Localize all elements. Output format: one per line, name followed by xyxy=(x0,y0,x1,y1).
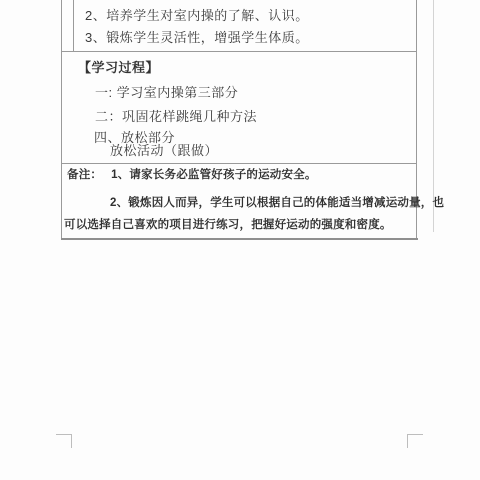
table-border-bottom xyxy=(61,238,418,240)
page-corner-mark-right-horizontal xyxy=(407,434,423,435)
goal-item-2: 2、培养学生对室内操的了解、认识。 xyxy=(85,9,309,24)
page-corner-mark-left-horizontal xyxy=(56,434,72,435)
process-item-4: 放松活动（跟做） xyxy=(110,144,218,159)
notes-line-2: 2、锻炼因人而异，学生可以根据自己的体能适当增减运动量，也 xyxy=(110,197,444,210)
table-cell-inner-left-border xyxy=(73,0,74,51)
notes-label-gap xyxy=(102,169,111,182)
notes-line-3: 可以选择自己喜欢的项目进行练习，把握好运动的强度和密度。 xyxy=(64,219,392,232)
process-item-2: 二：巩固花样跳绳几种方法 xyxy=(95,110,257,125)
document-page: 2、培养学生对室内操的了解、认识。 3、锻炼学生灵活性，增强学生体质。 【学习过… xyxy=(0,0,480,480)
table-border-left xyxy=(61,0,62,240)
page-corner-mark-right-vertical xyxy=(407,434,408,448)
goal-item-3: 3、锻炼学生灵活性，增强学生体质。 xyxy=(85,31,309,46)
notes-label: 备注： xyxy=(67,169,102,182)
section-title-learning-process: 【学习过程】 xyxy=(78,61,159,76)
notes-line-1: 备注： 1、请家长务必监管好孩子的运动安全。 xyxy=(67,169,317,182)
table-row-divider-2 xyxy=(61,163,417,164)
page-corner-mark-left-vertical xyxy=(71,434,72,448)
process-item-1: 一: 学习室内操第三部分 xyxy=(95,86,238,101)
table-row-divider-1 xyxy=(61,51,417,52)
notes-item-1: 1、请家长务必监管好孩子的运动安全。 xyxy=(111,169,317,182)
